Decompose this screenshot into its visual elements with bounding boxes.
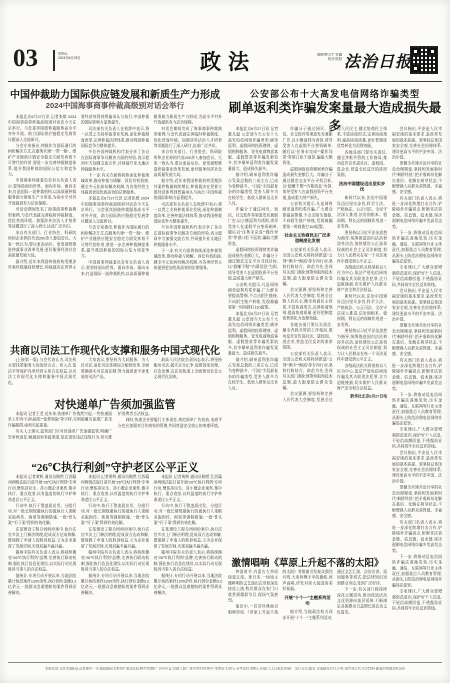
fraud-subhead-2: 法治中国建设迈出坚实步伐 [337, 181, 387, 192]
execution-body: 本报讯 记者黄辉 通讯员陶然 江西赣州两级法院日前开展“26℃执行利剑”专项行动… [8, 474, 222, 656]
judicial-title: 共商以司法工作现代化支撑和服务中国式现代化 [8, 342, 222, 357]
qr-code [411, 47, 437, 73]
footer: 本报社址:北京市朝阳区花家地甲一号 邮政编码:100102 电话总机:84772… [8, 667, 442, 677]
masthead-title: 法治日报 [344, 49, 412, 72]
newspaper-page: 03 星期五 2024年6月28日 政法 编辑/韩文宇 常鑫 校对/张阳 法治日… [0, 0, 450, 683]
page-number: 03 [13, 45, 38, 73]
fraud-part3: 新时代以来,法治中国建设迈出坚实步伐,科学立法、严格执法、公正司法、全民守法深入… [337, 195, 387, 391]
footer-text: 本报社址:北京市朝阳区花家地甲一号 邮政编码:100102 电话总机:84772… [8, 667, 442, 671]
fraud-col4-text: 会议指出,平安是人民幸福安康的基本要求,是改革发展的基本前提。要坚持总体国家安全… [392, 126, 442, 655]
courier-title: 对快递单广告须加强监管 [8, 396, 222, 412]
qr-finder-icon [412, 48, 419, 55]
execution-columns: 本报讯 记者黄辉 通讯员陶然 江西赣州两级法院日前开展“26℃执行利剑”专项行动… [8, 474, 222, 656]
fraud-body-main: 本报北京6月27日讯 记者董凡超 公安部今天公布十大高发电信网络诈骗类型,刷单返… [228, 126, 387, 551]
qr-finder-icon [429, 48, 436, 55]
wire-credit: 新华社北京6月27日电 [337, 394, 387, 400]
judicial-body: (上接第一版) 与会代表认为,司法机关要找准服务大局的结合点、切入点,依法平等保… [8, 357, 222, 393]
date-label: 2024年6月28日 [58, 56, 118, 60]
song-title: 激情唱响《草原上升起不落的太阳》 [228, 555, 387, 569]
fraud-body-col4: 会议指出,平安是人民幸福安康的基本要求,是改革发展的基本前提。要坚持总体国家安全… [392, 126, 442, 655]
courier-columns: 本报讯 记者王莹 近年来,快递单广告悄然兴起,一些快递面单上印有“扫码抽奖”“免… [8, 411, 222, 457]
song-body: 仲夏时节,内蒙古大草原绿意正浓。连日来,一场场主题鲜明的文艺演出在草原深处接连上… [228, 569, 387, 656]
staff-block: 编辑/韩文宇 常鑫 校对/张阳 [294, 53, 342, 69]
judicial-columns: (上接第一版) 与会代表认为,司法机关要找准服务大局的结合点、切入点,依法平等保… [8, 357, 222, 393]
page-number-divider [53, 50, 55, 71]
date-block: 星期五 2024年6月28日 [58, 52, 118, 68]
footer-rule [8, 662, 442, 663]
song-subhead: 开展“十个一”主题系列活动 [283, 595, 333, 606]
arbitration-columns: 本报北京6月27日讯 记者张维 2024中国海事商事仲裁高级别对话会今天在京举行… [8, 114, 222, 338]
arbitration-body: 本报北京6月27日讯 记者张维 2024中国海事商事仲裁高级别对话会今天在京举行… [8, 114, 222, 338]
section-title: 政法 [178, 46, 278, 76]
header-rule [8, 81, 442, 82]
qr-finder-icon [412, 65, 419, 72]
arbitration-title: 中国仲裁助力国际供应链发展和新质生产力形成 [8, 86, 222, 101]
courier-body: 本报讯 记者王莹 近年来,快递单广告悄然兴起,一些快递面单上印有“扫码抽奖”“免… [8, 411, 222, 457]
arbitration-subtitle: 2024中国海事商事仲裁高级别对话会举行 [8, 100, 222, 111]
fraud-subhead-1: 社会主义协商民主广泛多层制度化发展 [283, 233, 333, 244]
proofreader-label: 校对/张阳 [294, 57, 342, 61]
execution-title: “26℃执行利剑”守护老区公平正义 [8, 459, 222, 475]
